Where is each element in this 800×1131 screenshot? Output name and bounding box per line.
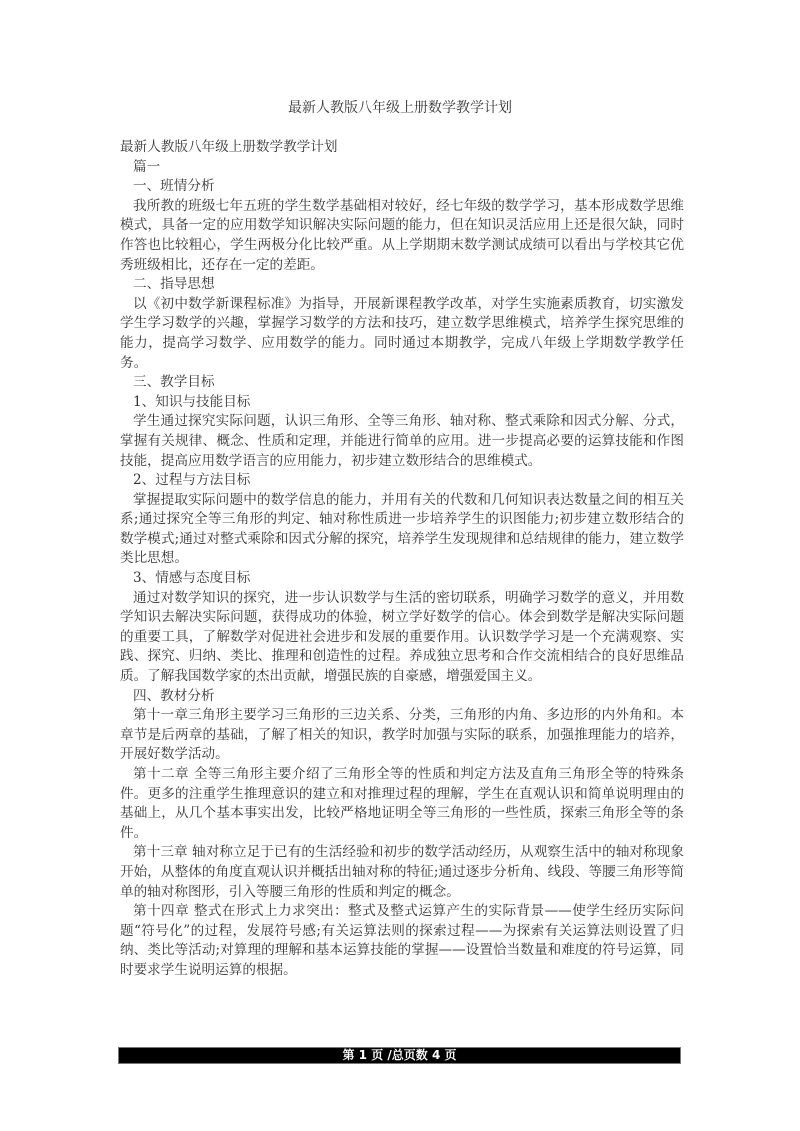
section-heading: 二、指导思想 <box>120 275 684 295</box>
paragraph: 掌握提取实际问题中的数学信息的能力，并用有关的代数和几何知识表达数量之间的相互关… <box>120 491 684 569</box>
section-heading: 三、教学目标 <box>120 373 684 393</box>
document-body: 最新人教版八年级上册数学教学计划 篇一 一、班情分析 我所教的班级七年五班的学生… <box>120 138 684 981</box>
paragraph: 我所教的班级七年五班的学生数学基础相对较好，经七年级的数学学习，基本形成数学思维… <box>120 197 684 275</box>
paragraph: 以《初中数学新课程标准》为指导，开展新课程教学改革，对学生实施素质教育，切实激发… <box>120 295 684 373</box>
subsection-heading: 3、情感与态度目标 <box>120 569 684 589</box>
page-number-label: 第 1 页 /总页数 4 页 <box>343 1048 457 1062</box>
part-label: 篇一 <box>120 158 684 178</box>
paragraph: 第十一章三角形主要学习三角形的三边关系、分类，三角形的内角、多边形的内外角和。本… <box>120 706 684 765</box>
section-heading: 一、班情分析 <box>120 177 684 197</box>
section-heading: 四、教材分析 <box>120 687 684 707</box>
page-number-footer: 第 1 页 /总页数 4 页 <box>118 1047 681 1064</box>
paragraph: 学生通过探究实际问题，认识三角形、全等三角形、轴对称、整式乘除和因式分解、分式，… <box>120 412 684 471</box>
paragraph: 第十四章 整式在形式上力求突出：整式及整式运算产生的实际背景——使学生经历实际问… <box>120 902 684 980</box>
paragraph: 通过对数学知识的探究，进一步认识数学与生活的密切联系，明确学习数学的意义，并用数… <box>120 589 684 687</box>
document-subtitle: 最新人教版八年级上册数学教学计划 <box>120 138 684 158</box>
page-title: 最新人教版八年级上册数学教学计划 <box>0 98 800 118</box>
subsection-heading: 1、知识与技能目标 <box>120 393 684 413</box>
paragraph: 第十三章 轴对称立足于已有的生活经验和初步的数学活动经历，从观察生活中的轴对称现… <box>120 843 684 902</box>
paragraph: 第十二章 全等三角形主要介绍了三角形全等的性质和判定方法及直角三角形全等的特殊条… <box>120 765 684 843</box>
subsection-heading: 2、过程与方法目标 <box>120 471 684 491</box>
